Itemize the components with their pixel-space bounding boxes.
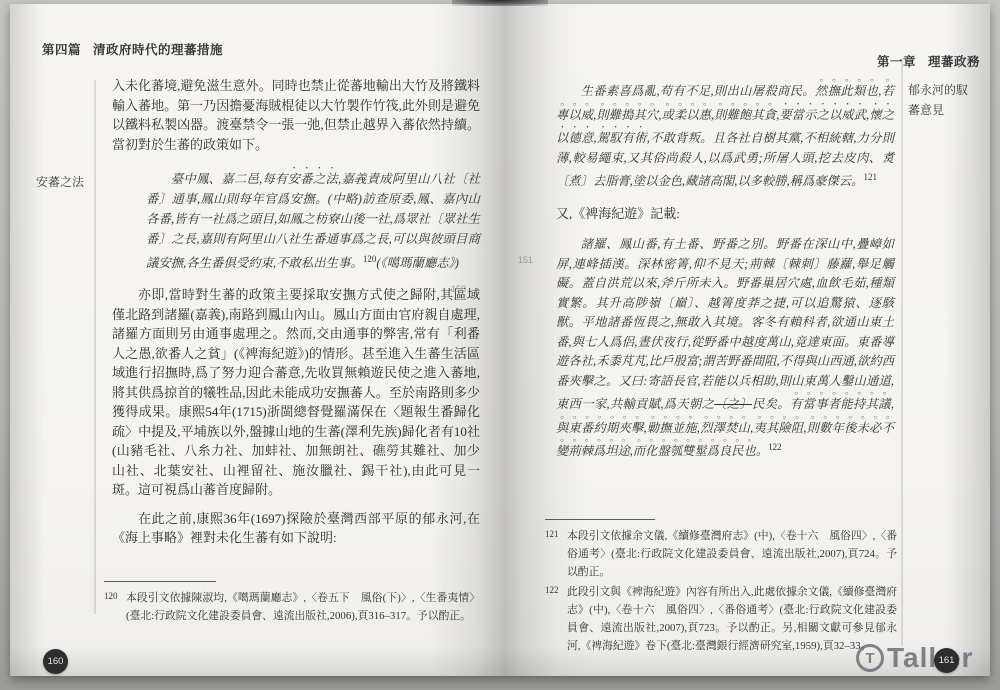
footnote-number: 121 [545, 525, 559, 543]
paragraph: 入未化蕃境,避免滋生意外。同時也禁止從蕃地輸出大竹及將鐵料輸入蕃地。第一乃因擔憂… [112, 76, 480, 154]
footnote-text: 本段引文依據余文儀,《續修臺灣府志》(中),〈卷十六 風俗四〉,〈番俗通考〉(臺… [567, 530, 897, 578]
quote-text: 生番素喜爲亂,苟有不足,則出山屠殺商民。 [581, 84, 815, 98]
quote-emphasized-text: 安番之法 [288, 172, 338, 186]
footnote-separator [104, 581, 216, 582]
footnote-text: 本段引文依據陳淑均,《噶瑪蘭廳志》,〈卷五下 風俗(下)〉,〈生番夷情〉(臺北:… [126, 592, 480, 622]
watermark-logo-icon: T [856, 644, 884, 672]
page-number-badge: 161 [934, 648, 959, 673]
quote-text: 臺中鳳、嘉二邑,每有 [171, 172, 288, 186]
running-head-part: 第四篇 [42, 43, 81, 57]
block-quote: 生番素喜爲亂,苟有不足,則出山屠殺商民。然撫此類也,若專以威,則難搗其穴,或柔以… [556, 78, 894, 192]
book-scan-photo: 第四篇清政府時代的理蕃措施 安蕃之法 入未化蕃境,避免滋生意外。同時也禁止從蕃地… [0, 0, 1000, 690]
running-head-title: 理蕃政務 [928, 55, 980, 69]
footnote-separator [545, 519, 655, 520]
footnote-ref: 121 [863, 172, 877, 182]
footnote: 122此段引文與《裨海紀遊》內容有所出入,此處依據余文儀,《續修臺灣府志》(中)… [545, 583, 897, 655]
left-text-column: 入未化蕃境,避免滋生意外。同時也禁止從蕃地輸出大竹及將鐵料輸入蕃地。第一乃因擔憂… [112, 76, 480, 548]
block-quote: 臺中鳳、嘉二邑,每有安番之法,嘉義責成阿里山八社〔社番〕通事,鳳山則每年官爲安撫… [146, 166, 480, 273]
footnote-ref: 120 [363, 254, 377, 264]
block-quote: 諸羅、鳳山番,有土番、野番之別。野番在深山中,疊嶂如屏,連峰插漢。深林密箐,仰不… [556, 235, 894, 462]
watermark-text: Talker [887, 642, 973, 674]
paragraph: 亦即,當時對生蕃的政策主要採取安撫方式使之歸附,其區域僅北路到諸羅(嘉義),南路… [112, 285, 480, 500]
footnote-ref: 122 [768, 442, 782, 452]
footnote: 120本段引文依據陳淑均,《噶瑪蘭廳志》,〈卷五下 風俗(下)〉,〈生番夷情〉(… [104, 589, 480, 625]
quote-struck-text: 〔之〕 [714, 397, 752, 411]
gutter-page-hint: 151 [518, 255, 533, 265]
margin-note: 郁永河的馭蕃意見 [908, 80, 974, 120]
running-head-left: 第四篇清政府時代的理蕃措施 [42, 40, 223, 58]
footnotes-right: 121本段引文依據余文儀,《續修臺灣府志》(中),〈卷十六 風俗四〉,〈番俗通考… [545, 527, 897, 657]
running-head-right: 第一章理蕃政務 [808, 52, 980, 70]
gutter-page-hint: 150 [451, 284, 466, 294]
quote-text: 諸羅、鳳山番,有土番、野番之別。野番在深山中,疊嶂如屏,連峰插漢。深林密箐,仰不… [556, 237, 894, 411]
footnote-number: 122 [545, 581, 559, 599]
quote-source: (《噶瑪蘭廳志》) [376, 256, 459, 270]
paragraph: 在此之前,康熙36年(1697)探險於臺灣西部平原的郁永河,在《海上事略》裡對未… [112, 509, 480, 548]
quote-text: 民矣。 [752, 397, 790, 411]
footnote-text: 此段引文與《裨海紀遊》內容有所出入,此處依據余文儀,《續修臺灣府志》(中),〈卷… [567, 586, 897, 652]
page-number-badge: 160 [43, 649, 68, 674]
paragraph: 又,《裨海紀遊》記載: [556, 204, 894, 224]
footnote-number: 120 [104, 587, 118, 605]
footnotes-left: 120本段引文依據陳淑均,《噶瑪蘭廳志》,〈卷五下 風俗(下)〉,〈生番夷情〉(… [104, 589, 480, 627]
running-head-chapter: 第一章 [877, 55, 916, 69]
margin-label: 安蕃之法 [36, 172, 96, 192]
right-text-column: 生番素喜爲亂,苟有不足,則出山屠殺商民。然撫此類也,若專以威,則難搗其穴,或柔以… [556, 78, 894, 474]
footnote: 121本段引文依據余文儀,《續修臺灣府志》(中),〈卷十六 風俗四〉,〈番俗通考… [545, 527, 897, 581]
running-head-title: 清政府時代的理蕃措施 [93, 43, 223, 57]
